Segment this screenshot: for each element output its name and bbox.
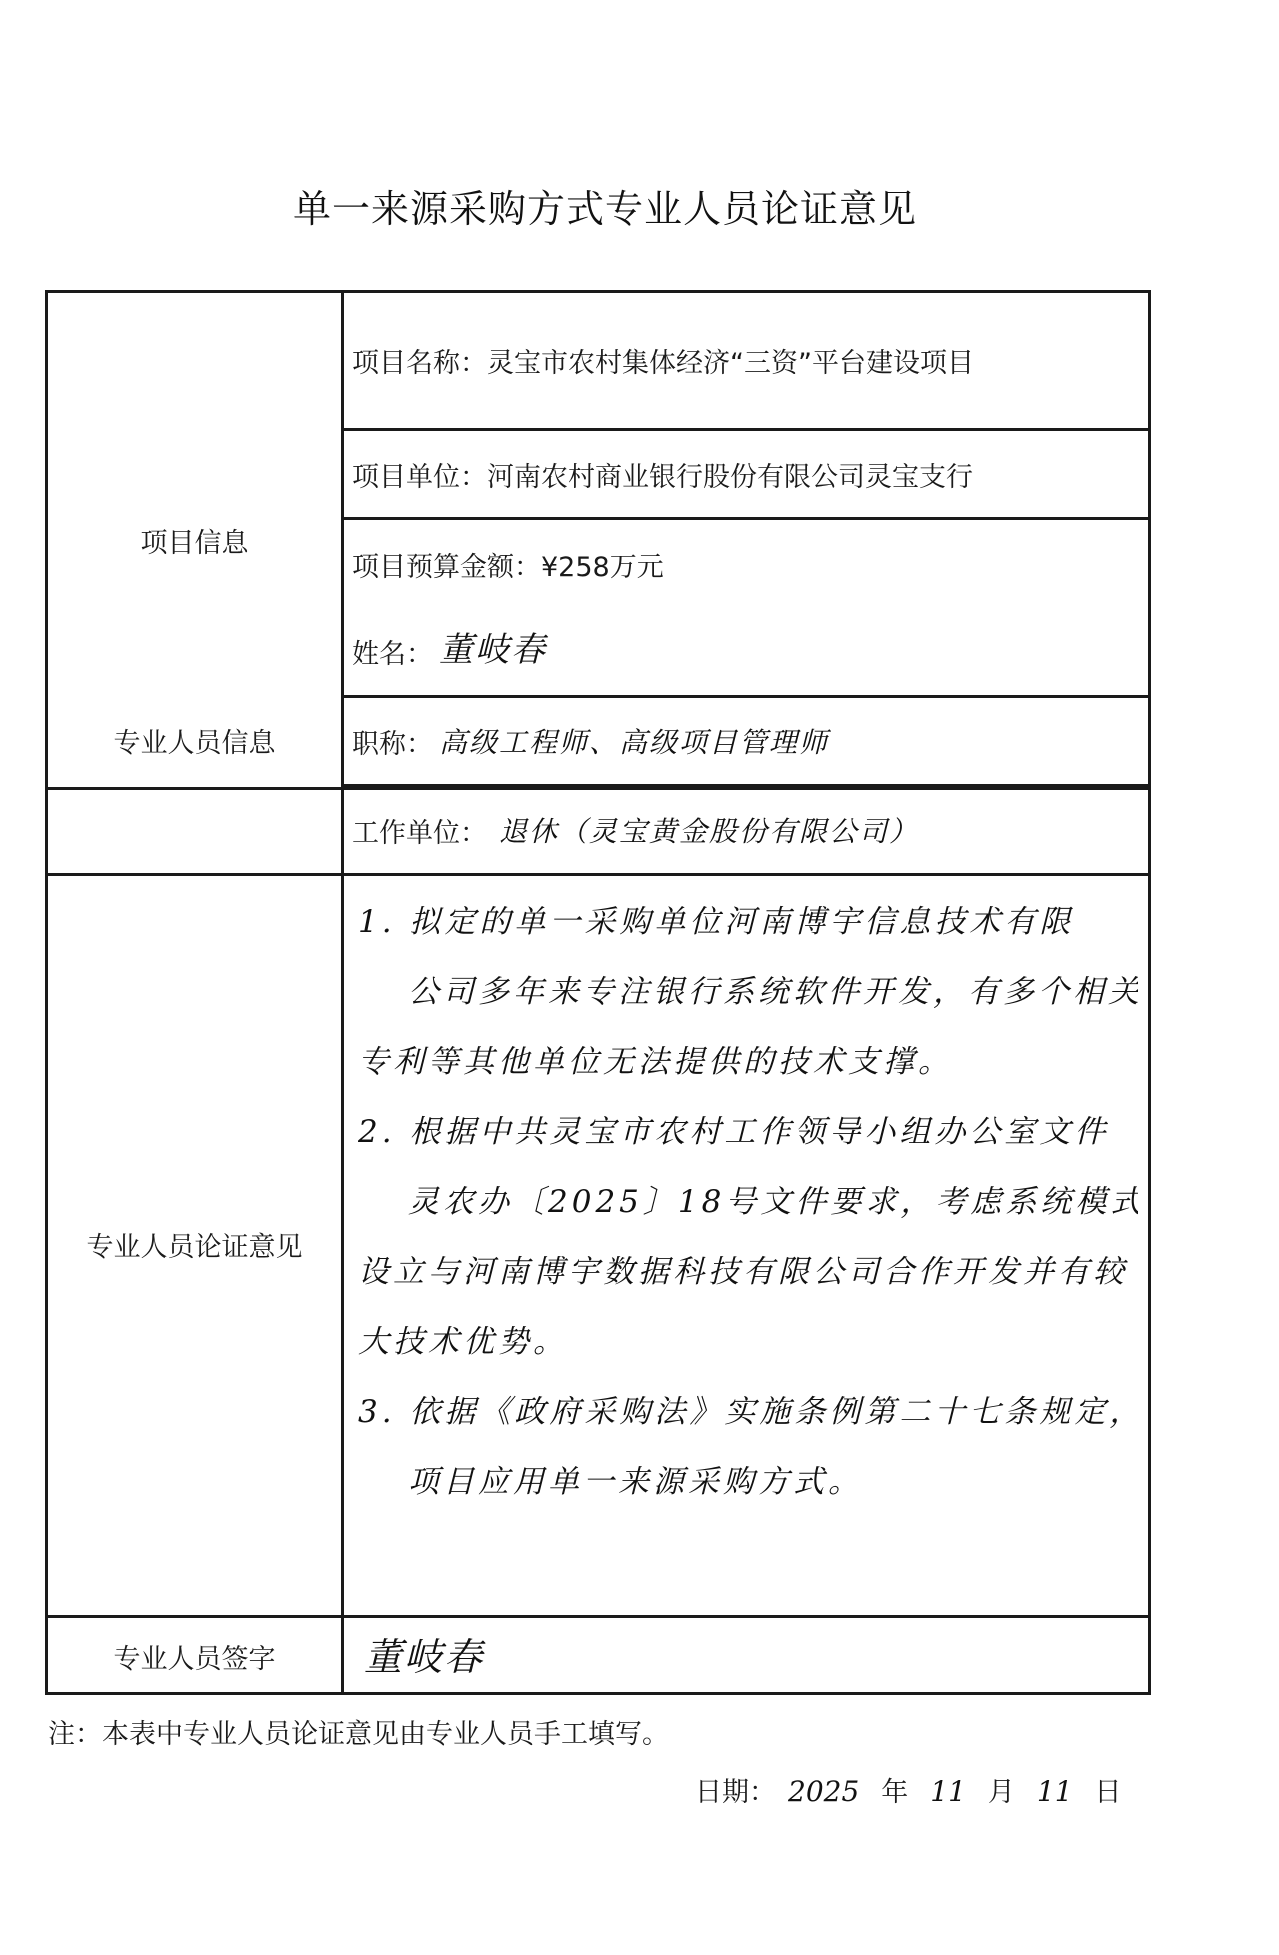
date-line: 日期： 2025 年 11 月 11 日 — [695, 1770, 1122, 1809]
date-year-unit: 年 — [881, 1770, 908, 1809]
date-label: 日期： — [695, 1770, 776, 1809]
expert-name-label: 姓名： — [352, 632, 433, 671]
project-unit-row: 项目单位：河南农村商业银行股份有限公司灵宝支行 — [344, 431, 1148, 520]
project-budget-row: 项目预算金额：¥258万元 — [344, 520, 1148, 608]
expert-opinion-handwritten: 1. 拟定的单一采购单位河南博宇信息技术有限 公司多年来专注银行系统软件开发，有… — [358, 887, 1138, 1517]
opinion-line: 1. 拟定的单一采购单位河南博宇信息技术有限 — [358, 887, 1138, 957]
project-budget-label: 项目预算金额： — [352, 545, 541, 584]
project-unit-label: 项目单位： — [352, 455, 487, 494]
opinion-line: 大技术优势。 — [358, 1307, 1138, 1377]
date-month: 11 — [930, 1775, 966, 1808]
expert-signature: 董岐春 — [364, 1626, 484, 1681]
opinion-line: 设立与河南博宇数据科技有限公司合作开发并有较 — [358, 1237, 1138, 1307]
date-day-unit: 日 — [1095, 1770, 1122, 1809]
opinion-line: 项目应用单一来源采购方式。 — [358, 1447, 1138, 1517]
expert-info-label: 专业人员信息 — [48, 608, 344, 873]
expert-info-body: 姓名：董岐春 职称：高级工程师、高级项目管理师 工作单位：退休（灵宝黄金股份有限… — [344, 608, 1148, 873]
project-unit-value: 河南农村商业银行股份有限公司灵宝支行 — [487, 455, 973, 494]
expert-opinion-body: 1. 拟定的单一采购单位河南博宇信息技术有限 公司多年来专注银行系统软件开发，有… — [344, 873, 1148, 1615]
project-name-label: 项目名称： — [352, 341, 487, 380]
expert-workplace-row: 工作单位：退休（灵宝黄金股份有限公司） — [344, 787, 1148, 873]
expert-name-handwritten: 董岐春 — [439, 622, 547, 671]
date-month-unit: 月 — [988, 1770, 1015, 1809]
expert-opinion-section: 专业人员论证意见 1. 拟定的单一采购单位河南博宇信息技术有限 公司多年来专注银… — [48, 873, 1148, 1618]
project-name-value: 灵宝市农村集体经济“三资”平台建设项目 — [487, 341, 974, 380]
document-title: 单一来源采购方式专业人员论证意见 — [0, 178, 1210, 233]
footnote: 注：本表中专业人员论证意见由专业人员手工填写。 — [48, 1712, 669, 1751]
expert-name-row: 姓名：董岐春 — [344, 608, 1148, 698]
date-day: 11 — [1037, 1775, 1073, 1808]
signature-label: 专业人员签字 — [48, 1618, 344, 1695]
opinion-line: 公司多年来专注银行系统软件开发，有多个相关 — [358, 957, 1138, 1027]
expert-workplace-label: 工作单位： — [352, 811, 487, 850]
expert-title-row: 职称：高级工程师、高级项目管理师 — [344, 698, 1148, 787]
argument-form-table: 项目信息 项目名称：灵宝市农村集体经济“三资”平台建设项目 项目单位：河南农村商… — [45, 290, 1151, 1695]
opinion-line: 专利等其他单位无法提供的技术支撑。 — [358, 1027, 1138, 1097]
expert-opinion-label: 专业人员论证意见 — [48, 873, 344, 1615]
opinion-line: 灵农办〔2025〕18号文件要求，考虑系统模式，因此 — [358, 1167, 1138, 1237]
date-year: 2025 — [788, 1775, 859, 1808]
project-name-row: 项目名称：灵宝市农村集体经济“三资”平台建设项目 — [344, 293, 1148, 431]
signature-section: 专业人员签字 董岐春 — [48, 1618, 1148, 1695]
expert-info-section: 专业人员信息 姓名：董岐春 职称：高级工程师、高级项目管理师 工作单位：退休（灵… — [48, 608, 1148, 876]
project-budget-value: ¥258万元 — [541, 545, 664, 584]
opinion-line: 3. 依据《政府采购法》实施条例第二十七条规定，该 — [358, 1377, 1138, 1447]
expert-title-label: 职称： — [352, 722, 433, 761]
opinion-line: 2. 根据中共灵宝市农村工作领导小组办公室文件 — [358, 1097, 1138, 1167]
expert-title-handwritten: 高级工程师、高级项目管理师 — [439, 721, 829, 761]
expert-workplace-handwritten: 退休（灵宝黄金股份有限公司） — [499, 810, 919, 850]
signature-body: 董岐春 — [344, 1618, 1148, 1695]
